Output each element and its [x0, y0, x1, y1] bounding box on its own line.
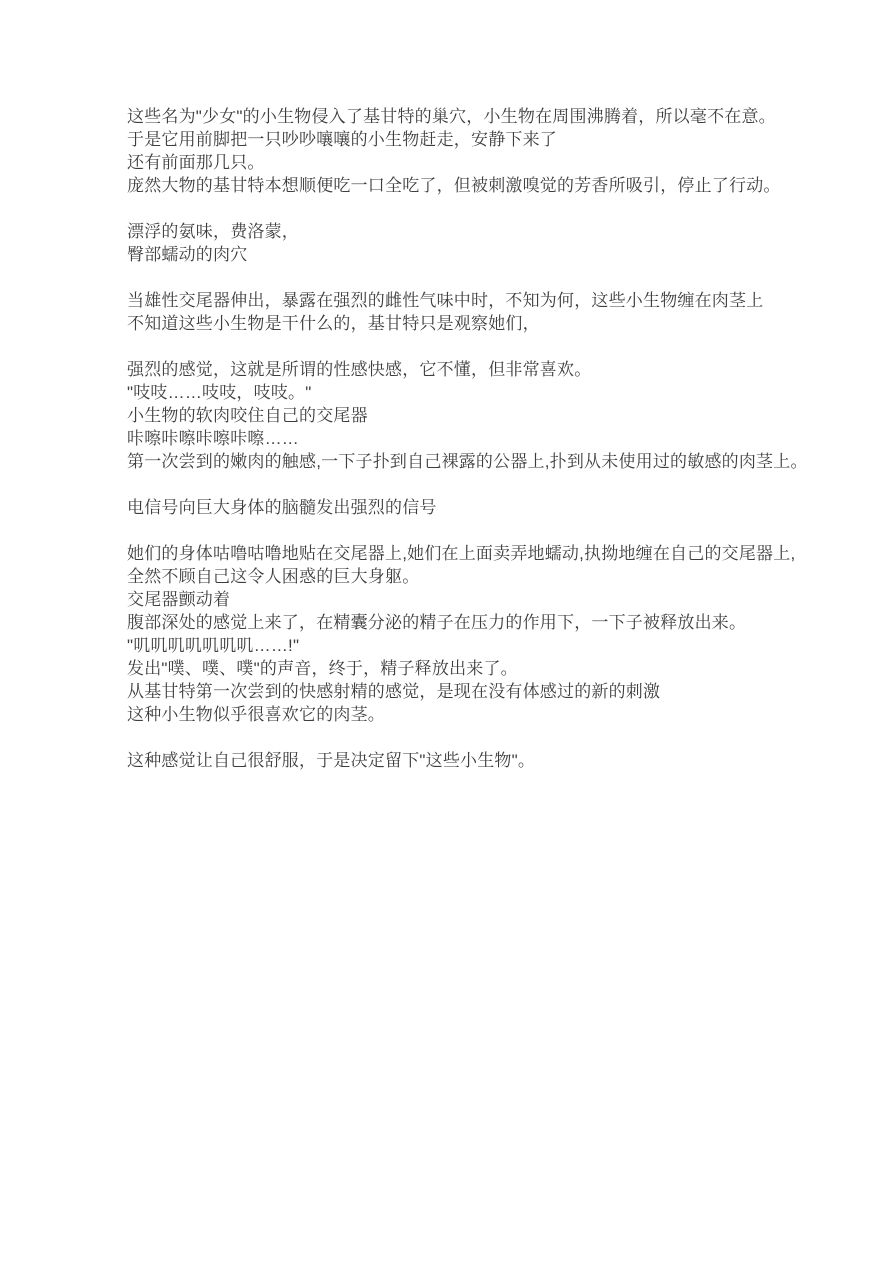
text-line: 这种感觉让自己很舒服，于是决定留下"这些小生物"。: [127, 749, 807, 772]
text-line: 她们的身体咕噜咕噜地贴在交尾器上,她们在上面卖弄地蠕动,执拗地缠在自己的交尾器上…: [127, 542, 807, 565]
text-line: 强烈的感觉，这就是所谓的性感快感，它不懂，但非常喜欢。: [127, 358, 807, 381]
text-line: 当雄性交尾器伸出，暴露在强烈的雌性气味中时，不知为何，这些小生物缠在肉茎上: [127, 289, 807, 312]
blank-line: [127, 519, 807, 542]
text-line: 全然不顾自己这令人困惑的巨大身躯。: [127, 565, 807, 588]
blank-line: [127, 473, 807, 496]
blank-line: [127, 266, 807, 289]
text-line: 小生物的软肉咬住自己的交尾器: [127, 404, 807, 427]
text-line: 交尾器颤动着: [127, 588, 807, 611]
text-line: 这种小生物似乎很喜欢它的肉茎。: [127, 703, 807, 726]
text-line: 于是它用前脚把一只吵吵嚷嚷的小生物赶走，安静下来了: [127, 128, 807, 151]
text-line: 咔嚓咔嚓咔嚓咔嚓……: [127, 427, 807, 450]
text-line: 电信号向巨大身体的脑髓发出强烈的信号: [127, 496, 807, 519]
text-line: 从基甘特第一次尝到的快感射精的感觉，是现在没有体感过的新的刺激: [127, 680, 807, 703]
text-line: 庞然大物的基甘特本想顺便吃一口全吃了，但被刺激嗅觉的芳香所吸引，停止了行动。: [127, 174, 807, 197]
blank-line: [127, 335, 807, 358]
document-page: 这些名为"少女"的小生物侵入了基甘特的巢穴，小生物在周围沸腾着，所以毫不在意。于…: [0, 0, 892, 1262]
text-line: 发出"噗、噗、噗"的声音，终于，精子释放出来了。: [127, 657, 807, 680]
text-line: 还有前面那几只。: [127, 151, 807, 174]
text-line: 不知道这些小生物是干什么的，基甘特只是观察她们，: [127, 312, 807, 335]
page: { "document": { "language": "zh", "text_…: [0, 0, 892, 1262]
text-line: "叽叽叽叽叽叽叽……!": [127, 634, 807, 657]
text-line: 腹部深处的感觉上来了，在精囊分泌的精子在压力的作用下，一下子被释放出来。: [127, 611, 807, 634]
text-line: 第一次尝到的嫩肉的触感,一下子扑到自己裸露的公器上,扑到从未使用过的敏感的肉茎上…: [127, 450, 807, 473]
text-block: 这些名为"少女"的小生物侵入了基甘特的巢穴，小生物在周围沸腾着，所以毫不在意。于…: [127, 105, 807, 772]
text-line: 这些名为"少女"的小生物侵入了基甘特的巢穴，小生物在周围沸腾着，所以毫不在意。: [127, 105, 807, 128]
blank-line: [127, 726, 807, 749]
text-line: 漂浮的氨味，费洛蒙，: [127, 220, 807, 243]
blank-line: [127, 197, 807, 220]
text-line: 臀部蠕动的肉穴: [127, 243, 807, 266]
text-line: "吱吱……吱吱，吱吱。": [127, 381, 807, 404]
